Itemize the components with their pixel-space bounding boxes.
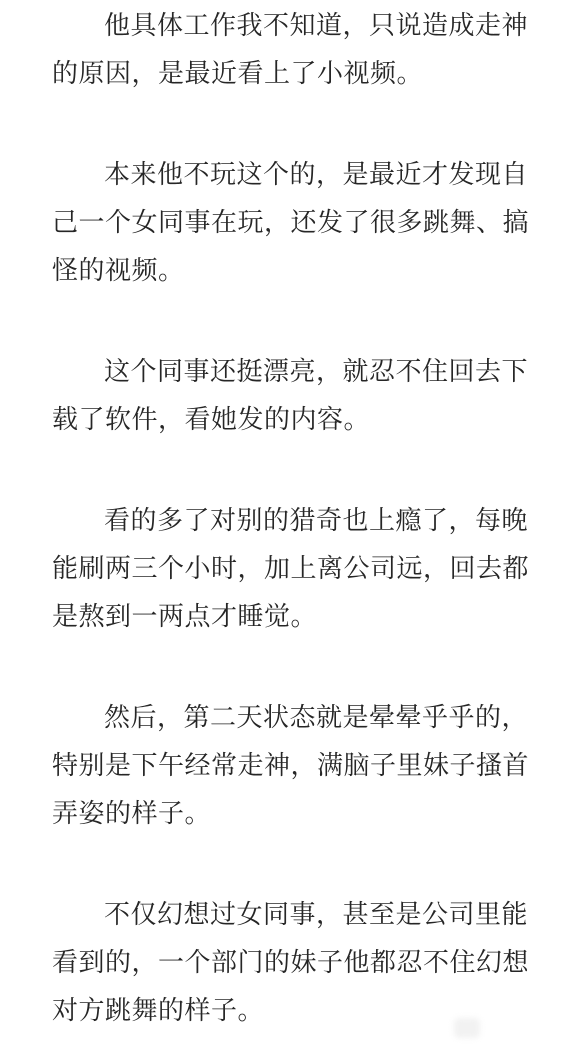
article-page: 他具体工作我不知道，只说造成走神 的原因，是最近看上了小视频。 本来他不玩这个的… <box>0 0 580 1046</box>
text-line: 看的多了对别的猎奇也上瘾了，每晚 <box>52 496 580 544</box>
text-line: 载了软件，看她发的内容。 <box>52 395 580 443</box>
paragraph: 看的多了对别的猎奇也上瘾了，每晚 能刷两三个小时，加上离公司远，回去都 是熬到一… <box>52 496 580 640</box>
text-line: 他具体工作我不知道，只说造成走神 <box>52 1 580 49</box>
text-line: 这个同事还挺漂亮，就忍不住回去下 <box>52 347 580 395</box>
text-line: 不仅幻想过女同事，甚至是公司里能 <box>52 890 580 938</box>
paragraph: 不仅幻想过女同事，甚至是公司里能 看到的，一个部门的妹子他都忍不住幻想 对方跳舞… <box>52 890 580 1034</box>
paragraph: 本来他不玩这个的，是最近才发现自 己一个女同事在玩，还发了很多跳舞、搞 怪的视频… <box>52 150 580 294</box>
article-body: 他具体工作我不知道，只说造成走神 的原因，是最近看上了小视频。 本来他不玩这个的… <box>0 0 580 1034</box>
paragraph: 然后，第二天状态就是晕晕乎乎的， 特别是下午经常走神，满脑子里妹子搔首 弄姿的样… <box>52 693 580 837</box>
text-line: 怪的视频。 <box>52 246 580 294</box>
paragraph: 这个同事还挺漂亮，就忍不住回去下 载了软件，看她发的内容。 <box>52 347 580 443</box>
text-line: 然后，第二天状态就是晕晕乎乎的， <box>52 693 580 741</box>
paragraph: 他具体工作我不知道，只说造成走神 的原因，是最近看上了小视频。 <box>52 1 580 97</box>
text-line: 本来他不玩这个的，是最近才发现自 <box>52 150 580 198</box>
text-line: 己一个女同事在玩，还发了很多跳舞、搞 <box>52 198 580 246</box>
text-line: 特别是下午经常走神，满脑子里妹子搔首 <box>52 741 580 789</box>
text-line: 的原因，是最近看上了小视频。 <box>52 49 580 97</box>
text-line: 弄姿的样子。 <box>52 789 580 837</box>
watermark-smudge <box>454 1018 480 1038</box>
text-line: 能刷两三个小时，加上离公司远，回去都 <box>52 544 580 592</box>
text-line: 看到的，一个部门的妹子他都忍不住幻想 <box>52 938 580 986</box>
text-line: 是熬到一两点才睡觉。 <box>52 592 580 640</box>
text-line: 对方跳舞的样子。 <box>52 986 580 1034</box>
